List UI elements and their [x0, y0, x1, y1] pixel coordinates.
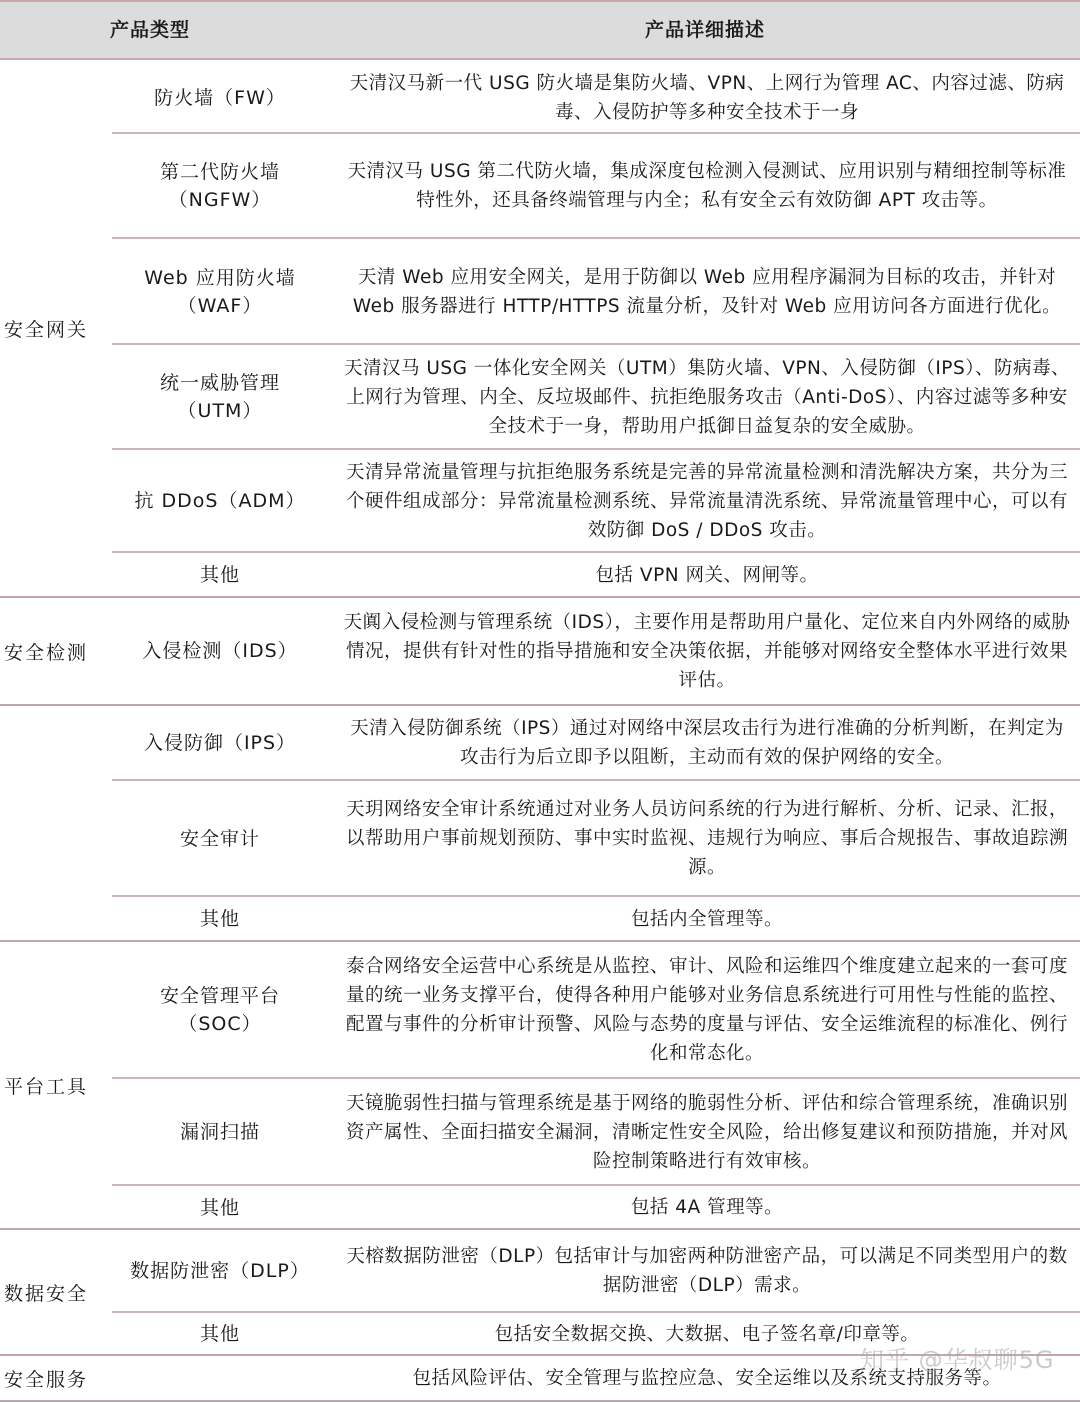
group-label-security-detection: 安全检测	[0, 598, 112, 704]
product-desc-cell: 天阗入侵检测与管理系统（IDS），主要作用是帮助用户量化、定位来自内外网络的威胁…	[328, 598, 1080, 704]
table-row: 入侵检测（IDS） 天阗入侵检测与管理系统（IDS），主要作用是帮助用户量化、定…	[112, 598, 1080, 704]
product-desc-cell: 包括内全管理等。	[328, 897, 1080, 941]
product-type-cell: 其他	[112, 897, 328, 941]
product-type-cell: 其他	[112, 1313, 328, 1355]
header-product-type: 产品类型	[110, 2, 220, 58]
product-type-cell: 漏洞扫描	[112, 1079, 328, 1185]
product-type-cell: 防火墙（FW）	[112, 62, 328, 133]
product-type-cell: 其他	[112, 1186, 328, 1229]
product-desc-cell: 天清入侵防御系统（IPS）通过对网络中深层攻击行为进行准确的分析判断，在判定为攻…	[328, 706, 1080, 780]
product-type-cell: 数据防泄密（DLP）	[112, 1230, 328, 1312]
table-bottom-border	[0, 1400, 1080, 1402]
product-type-cell: 入侵防御（IPS）	[112, 706, 328, 780]
product-desc-cell: 天清汉马 USG 第二代防火墙，集成深度包检测入侵测试、应用识别与精细控制等标准…	[328, 134, 1080, 238]
table-row: 其他 包括内全管理等。	[112, 897, 1080, 941]
table-row: 防火墙（FW） 天清汉马新一代 USG 防火墙是集防火墙、VPN、上网行为管理 …	[112, 62, 1080, 133]
header-product-description: 产品详细描述	[330, 2, 1080, 58]
table-row: 抗 DDoS（ADM） 天清异常流量管理与抗拒绝服务系统是完善的异常流量检测和清…	[112, 450, 1080, 552]
product-desc-cell: 天玥网络安全审计系统通过对业务人员访问系统的行为进行解析、分析、记录、汇报，以帮…	[328, 781, 1080, 896]
product-desc-cell: 包括 VPN 网关、网闸等。	[328, 553, 1080, 597]
table-row: 安全管理平台（SOC） 泰合网络安全运营中心系统是从监控、审计、风险和运维四个维…	[112, 942, 1080, 1078]
table-row: 安全审计 天玥网络安全审计系统通过对业务人员访问系统的行为进行解析、分析、记录、…	[112, 781, 1080, 896]
product-desc-cell: 天镜脆弱性扫描与管理系统是基于网络的脆弱性分析、评估和综合管理系统，准确识别资产…	[328, 1079, 1080, 1185]
product-type-cell: 安全管理平台（SOC）	[112, 942, 328, 1078]
table-row: 其他 包括 4A 管理等。	[112, 1186, 1080, 1229]
table-row: 入侵防御（IPS） 天清入侵防御系统（IPS）通过对网络中深层攻击行为进行准确的…	[112, 706, 1080, 780]
product-desc-cell: 泰合网络安全运营中心系统是从监控、审计、风险和运维四个维度建立起来的一套可度量的…	[328, 942, 1080, 1078]
product-desc-cell: 包括 4A 管理等。	[328, 1186, 1080, 1229]
group-label-security-services: 安全服务	[0, 1356, 112, 1400]
product-type-cell: 安全审计	[112, 781, 328, 896]
table-row: 漏洞扫描 天镜脆弱性扫描与管理系统是基于网络的脆弱性分析、评估和综合管理系统，准…	[112, 1079, 1080, 1185]
group-label-platform-tools: 平台工具	[0, 942, 112, 1229]
product-desc-cell: 天清 Web 应用安全网关，是用于防御以 Web 应用程序漏洞为目标的攻击，并针…	[328, 239, 1080, 344]
product-desc-cell: 天清汉马 USG 一体化安全网关（UTM）集防火墙、VPN、入侵防御（IPS）、…	[328, 345, 1080, 449]
product-type-cell: Web 应用防火墙（WAF）	[112, 239, 328, 344]
group-label-security-gateway: 安全网关	[0, 60, 112, 597]
product-type-cell: 其他	[112, 553, 328, 597]
table-row: 统一威胁管理（UTM） 天清汉马 USG 一体化安全网关（UTM）集防火墙、VP…	[112, 345, 1080, 449]
table-header: 产品类型 产品详细描述	[0, 0, 1080, 60]
product-type-cell	[112, 1356, 328, 1400]
product-type-cell: 入侵检测（IDS）	[112, 598, 328, 704]
table-row: Web 应用防火墙（WAF） 天清 Web 应用安全网关，是用于防御以 Web …	[112, 239, 1080, 344]
group-label-data-security: 数据安全	[0, 1230, 112, 1355]
product-desc-cell: 天榕数据防泄密（DLP）包括审计与加密两种防泄密产品，可以满足不同类型用户的数据…	[328, 1230, 1080, 1312]
product-type-cell: 统一威胁管理（UTM）	[112, 345, 328, 449]
product-desc-cell: 天清异常流量管理与抗拒绝服务系统是完善的异常流量检测和清洗解决方案，共分为三个硬…	[328, 450, 1080, 552]
watermark: 知乎 @华叔聊5G	[860, 1340, 1055, 1375]
product-type-cell: 第二代防火墙（NGFW）	[112, 134, 328, 238]
product-type-cell: 抗 DDoS（ADM）	[112, 450, 328, 552]
table-row: 第二代防火墙（NGFW） 天清汉马 USG 第二代防火墙，集成深度包检测入侵测试…	[112, 134, 1080, 238]
table-row: 其他 包括 VPN 网关、网闸等。	[112, 553, 1080, 597]
product-desc-cell: 天清汉马新一代 USG 防火墙是集防火墙、VPN、上网行为管理 AC、内容过滤、…	[328, 62, 1080, 133]
group-label-unlabeled	[0, 706, 112, 941]
table-row: 数据防泄密（DLP） 天榕数据防泄密（DLP）包括审计与加密两种防泄密产品，可以…	[112, 1230, 1080, 1312]
